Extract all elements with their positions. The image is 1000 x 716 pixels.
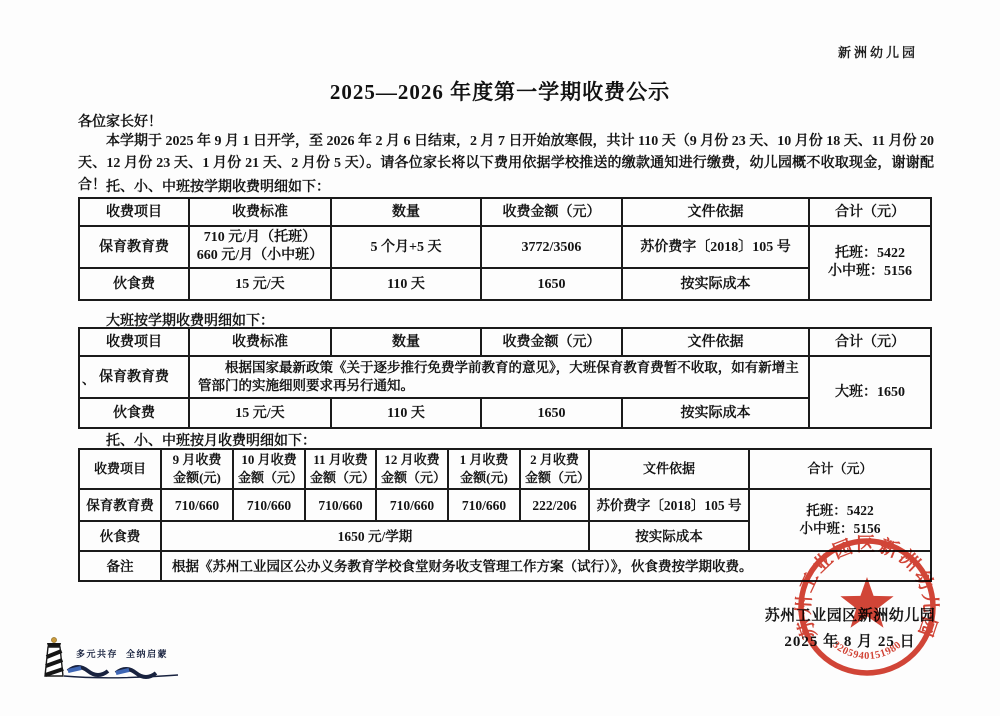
col-header-basis: 文件依据 — [589, 449, 749, 489]
cell-item: 伙食费 — [79, 521, 161, 551]
col-header-quantity: 数量 — [331, 328, 481, 356]
official-seal: 苏州工业园区新洲幼儿园 3205940151980 — [783, 523, 951, 691]
semester-table-header-row: 收费项目 收费标准 数量 收费金额（元） 文件依据 合计（元） — [79, 198, 931, 226]
seal-code-number: 3205940151980 — [830, 639, 904, 662]
col-header-total: 合计（元） — [749, 449, 931, 489]
seal-star-icon — [840, 577, 893, 628]
col-header-amount: 收费金额（元） — [481, 198, 622, 226]
col-header-quantity: 数量 — [331, 198, 481, 226]
col-header-item: 收费项目 — [79, 328, 189, 356]
col-header-sep: 9 月收费 金额(元) — [161, 449, 233, 489]
cell-basis: 按实际成本 — [622, 268, 809, 300]
cell-quantity: 110 天 — [331, 268, 481, 300]
cell-item: 保育教育费 — [79, 489, 161, 521]
col-header-feb: 2 月收费 金额（元） — [520, 449, 589, 489]
cell-policy-note: 根据国家最新政策《关于逐步推行免费学前教育的意见》，大班保育教育费暂不收取，如有… — [189, 356, 809, 398]
seal-code-text: 3205940151980 — [830, 639, 904, 662]
total-xiaozhongban: 小中班：5156 — [814, 263, 926, 281]
cell-basis: 按实际成本 — [622, 398, 809, 428]
month-header-line1: 12 月收费 — [381, 451, 443, 469]
header-school-logo-text: 新洲幼儿园 — [838, 42, 958, 61]
cell-month-value: 710/660 — [376, 489, 448, 521]
month-header-line2: 金额（元） — [310, 469, 371, 487]
cell-month-value: 222/206 — [520, 489, 589, 521]
cell-quantity: 110 天 — [331, 398, 481, 428]
cell-amount: 3772/3506 — [481, 226, 622, 268]
col-header-basis: 文件依据 — [622, 198, 809, 226]
cell-meal-amount: 1650 元/学期 — [161, 521, 589, 551]
total-tuoban: 托班：5422 — [814, 245, 926, 263]
section-label-monthly: 托、小、中班按月收费明细如下： — [106, 430, 316, 450]
cell-amount: 1650 — [481, 398, 622, 428]
cell-amount: 1650 — [481, 268, 622, 300]
col-header-basis: 文件依据 — [622, 328, 809, 356]
month-header-line1: 9 月收费 — [166, 451, 228, 469]
col-header-item: 收费项目 — [79, 198, 189, 226]
month-header-line2: 金额(元) — [166, 469, 228, 487]
document-page: 新洲幼儿园 2025—2026 年度第一学期收费公示 各位家长好！ 本学期于 2… — [0, 0, 1000, 716]
month-header-line2: 金额(元) — [453, 469, 515, 487]
cell-standard: 15 元/天 — [189, 268, 331, 300]
monthly-table-header-row: 收费项目 9 月收费 金额(元) 10 月收费 金额（元） 11 月收费 金额（… — [79, 449, 931, 489]
col-header-dec: 12 月收费 金额（元） — [376, 449, 448, 489]
col-header-standard: 收费标准 — [189, 328, 331, 356]
cell-basis: 按实际成本 — [589, 521, 749, 551]
greeting-line: 各位家长好！ — [78, 111, 162, 131]
cell-basis: 苏价费字〔2018〕105 号 — [622, 226, 809, 268]
cell-item: 保育教育费 — [79, 356, 189, 398]
wave-baseline — [64, 675, 178, 678]
cell-month-value: 710/660 — [161, 489, 233, 521]
footer-slogan-left: 多元共存 — [76, 648, 118, 659]
cell-standard: 710 元/月（托班） 660 元/月（小中班） — [189, 226, 331, 268]
lighthouse-flame-icon — [51, 637, 56, 642]
col-header-total: 合计（元） — [809, 198, 931, 226]
footer-logo: 多元共存 全纳启蒙 — [34, 630, 184, 694]
col-header-nov: 11 月收费 金额（元） — [305, 449, 376, 489]
table-row: 保育教育费 根据国家最新政策《关于逐步推行免费学前教育的意见》，大班保育教育费暂… — [79, 356, 931, 398]
cell-month-value: 710/660 — [448, 489, 520, 521]
cell-remark-label: 备注 — [79, 551, 161, 581]
cell-item: 伙食费 — [79, 268, 189, 300]
table-row: 伙食费 15 元/天 110 天 1650 按实际成本 — [79, 268, 931, 300]
cell-standard: 15 元/天 — [189, 398, 331, 428]
month-header-line1: 10 月收费 — [238, 451, 300, 469]
standard-line2: 660 元/月（小中班） — [194, 247, 326, 265]
table-row: 保育教育费 710/660 710/660 710/660 710/660 71… — [79, 489, 931, 521]
cell-total-merged: 大班：1650 — [809, 356, 931, 428]
document-title: 2025—2026 年度第一学期收费公示 — [0, 76, 1000, 106]
col-header-item: 收费项目 — [79, 449, 161, 489]
standard-line1: 710 元/月（托班） — [194, 229, 326, 247]
cell-quantity: 5 个月+5 天 — [331, 226, 481, 268]
cell-month-value: 710/660 — [305, 489, 376, 521]
section-label-semester: 托、小、中班按学期收费明细如下： — [106, 176, 330, 196]
daban-fee-table: 收费项目 收费标准 数量 收费金额（元） 文件依据 合计（元） 保育教育费 根据… — [78, 327, 932, 429]
cell-total-merged: 托班：5422 小中班：5156 — [809, 226, 931, 300]
cell-basis: 苏价费字〔2018〕105 号 — [589, 489, 749, 521]
daban-table-header-row: 收费项目 收费标准 数量 收费金额（元） 文件依据 合计（元） — [79, 328, 931, 356]
table-row: 伙食费 15 元/天 110 天 1650 按实际成本 — [79, 398, 931, 428]
month-header-line1: 1 月收费 — [453, 451, 515, 469]
cell-item: 保育教育费 — [79, 226, 189, 268]
total-tuoban: 托班：5422 — [754, 502, 926, 520]
col-header-jan: 1 月收费 金额(元) — [448, 449, 520, 489]
col-header-amount: 收费金额（元） — [481, 328, 622, 356]
col-header-oct: 10 月收费 金额（元） — [233, 449, 305, 489]
table-row: 保育教育费 710 元/月（托班） 660 元/月（小中班） 5 个月+5 天 … — [79, 226, 931, 268]
month-header-line2: 金额（元） — [238, 469, 300, 487]
footer-slogan-right: 全纳启蒙 — [126, 648, 168, 659]
month-header-line1: 2 月收费 — [525, 451, 584, 469]
semester-fee-table: 收费项目 收费标准 数量 收费金额（元） 文件依据 合计（元） 保育教育费 71… — [78, 197, 932, 301]
month-header-line2: 金额（元） — [525, 469, 584, 487]
col-header-standard: 收费标准 — [189, 198, 331, 226]
cell-item: 伙食费 — [79, 398, 189, 428]
month-header-line2: 金额（元） — [381, 469, 443, 487]
month-header-line1: 11 月收费 — [310, 451, 371, 469]
col-header-total: 合计（元） — [809, 328, 931, 356]
cell-month-value: 710/660 — [233, 489, 305, 521]
